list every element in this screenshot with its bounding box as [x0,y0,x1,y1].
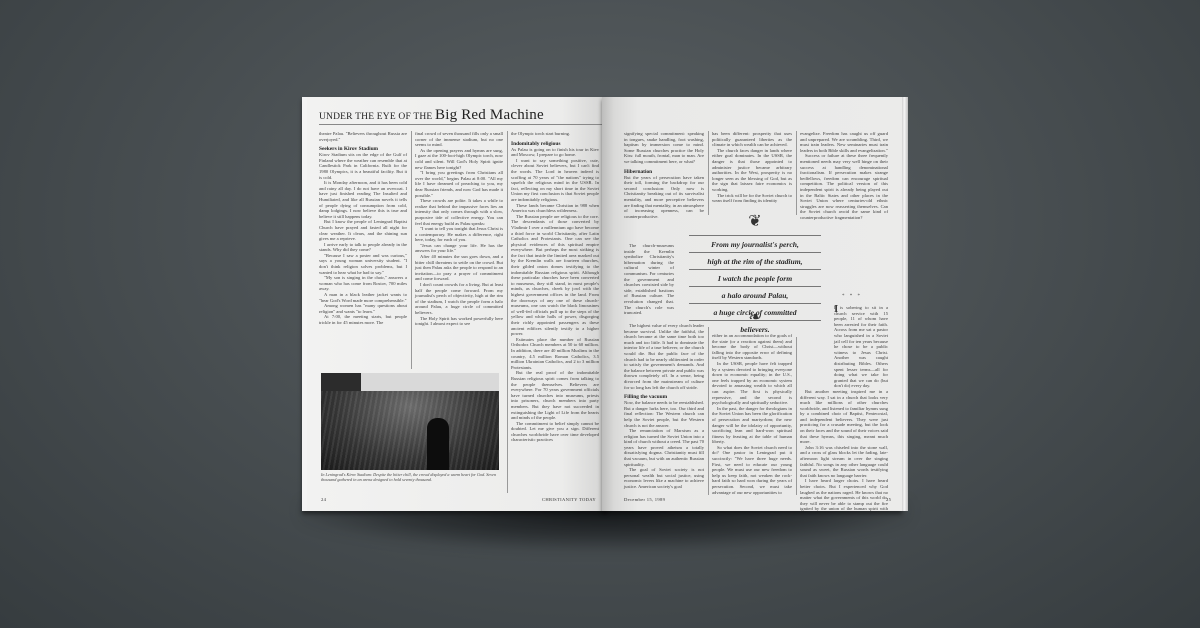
right-col-1-lower: The highest value of every church leader… [624,323,704,493]
paragraph: The renunciation of Marxism as a religio… [624,428,704,467]
paragraph: "Because I saw a poster and was curious,… [319,253,407,275]
running-head-prefix: UNDER THE EYE OF THE [319,112,432,122]
paragraph: In the USSR, people have felt trapped by… [712,361,792,406]
page-edge [902,97,908,511]
paragraph: The church-museums inside the Kremlin sy… [624,243,674,316]
paragraph: The commitment to belief simply cannot b… [511,421,599,443]
photo-caption: In Leningrad's Kirov Stadium: Despite th… [321,472,499,482]
right-page-number: 25 [886,497,891,502]
right-col-1-upper: signifying special commitment: speaking … [624,131,704,241]
column-rule [708,131,709,215]
header-rule [319,124,607,125]
left-col-2: final crowd of seven thousand fills only… [415,131,503,371]
pull-quote-line: I watch the people form [689,270,821,287]
stadium-roof [321,373,361,391]
paragraph: The church faces danger in lands where e… [712,148,792,193]
stadium-crowd-photo [321,373,499,470]
paragraph: But I know the people of Leningrad Bapti… [319,219,407,241]
paragraph: the Olympic torch start burning. [511,131,599,137]
speaker-silhouette [427,418,449,470]
ornament-bottom-icon: ❧ [740,307,770,327]
paragraph: final crowd of seven thousand fills only… [415,131,503,148]
paragraph: But the years of persecution have taken … [624,175,704,220]
right-col-3-upper: evangelize. Freedom has caught us off gu… [800,131,888,241]
paragraph: "I bring you greetings from Christians a… [415,170,503,198]
right-col-1-narrow: The church-museums inside the Kremlin sy… [624,243,674,323]
paragraph: Kirov Stadium sits on the edge of the Gu… [319,152,407,180]
left-page: UNDER THE EYE OF THE Big Red Machine the… [302,97,607,511]
paragraph: I don't count crowds for a living. But a… [415,282,503,316]
paragraph: Among women has "many questions about re… [319,303,407,314]
column-rule [708,327,709,495]
paragraph: So what does the Soviet church need to d… [712,445,792,495]
paragraph: "Jesus can change your life. He has the … [415,243,503,254]
paragraph: At 7:00, the meeting starts, but people … [319,314,407,325]
paragraph: "I want to tell you tonight that Jesus C… [415,226,503,243]
stadium-stands [321,391,499,470]
paragraph: signifying special commitment: speaking … [624,131,704,165]
paragraph: After 40 minutes the sun goes down, and … [415,254,503,282]
right-col-3-lower: It is sobering to sit in a church servic… [800,305,888,495]
ornament-top-icon: ❦ [740,211,770,231]
paragraph: "My son is singing in the choir," answer… [319,275,407,292]
paragraph: The Holy Spirit has worked powerfully he… [415,316,503,327]
left-page-number: 24 [321,497,326,502]
section-break: * * * [842,294,862,299]
paragraph: As Palau is going on to finish his tour … [511,147,599,158]
paragraph: But the real proof of the indomitable Ru… [511,370,599,420]
paragraph: These crowds are polite. It takes a whil… [415,198,503,226]
paragraph: The goal of Soviet society is not person… [624,467,704,489]
column-rule [411,131,412,369]
left-col-1: theatre Palau. "Believers throughout Rus… [319,131,407,371]
paragraph: Success or failure at these three freque… [800,153,888,220]
paragraph: theatre Palau. "Believers throughout Rus… [319,131,407,142]
paragraph: I have heard larger choirs. I have heard… [800,478,888,511]
issue-date: December 15, 1989 [624,497,665,502]
running-head-title: Big Red Machine [435,107,544,123]
paragraph: either in an accommodation to the goals … [712,333,792,361]
right-col-3-narrow [834,243,888,287]
paragraph: A man in a black leather jacket wants to… [319,292,407,303]
column-rule [796,337,797,495]
right-col-2-lower: either in an accommodation to the goals … [712,333,792,493]
paragraph: Estimates place the number of Russian Or… [511,337,599,371]
paragraph: Now, the balance needs to be reestablish… [624,400,704,428]
paragraph: It is sobering to sit in a church servic… [800,305,888,389]
paragraph: evangelize. Freedom has caught us off gu… [800,131,888,153]
pull-quote-line: high at the rim of the stadium, [689,253,821,270]
paragraph: John 3:16 was chiseled into the stone wa… [800,445,888,479]
paragraph: I arrive early to talk to people already… [319,242,407,253]
pull-quote-line: a halo around Palau, [689,287,821,304]
column-rule [796,131,797,215]
paragraph: But another meeting inspired me in a dif… [800,389,888,445]
right-col-2-upper: has been different: prosperity that uses… [712,131,792,213]
open-magazine-spread: UNDER THE EYE OF THE Big Red Machine the… [302,97,907,515]
right-page: signifying special commitment: speaking … [602,97,902,511]
paragraph: I want to say something positive, cute, … [511,158,599,203]
paragraph: The trick will be for the Soviet church … [712,193,792,204]
paragraph: It is Monday afternoon, and it has been … [319,180,407,219]
paragraph: As the opening prayers and hymns are sun… [415,148,503,170]
paragraph: These lands became Christian in 988 when… [511,203,599,214]
paragraph: The Russian people are religious to the … [511,214,599,337]
column-rule [507,131,508,493]
paragraph: In the past, the danger for theologians … [712,406,792,445]
running-head: UNDER THE EYE OF THE Big Red Machine [319,107,544,124]
left-col-3: the Olympic torch start burning. Indomit… [511,131,599,491]
paragraph: has been different: prosperity that uses… [712,131,792,148]
publication-name: CHRISTIANITY TODAY [542,497,596,502]
